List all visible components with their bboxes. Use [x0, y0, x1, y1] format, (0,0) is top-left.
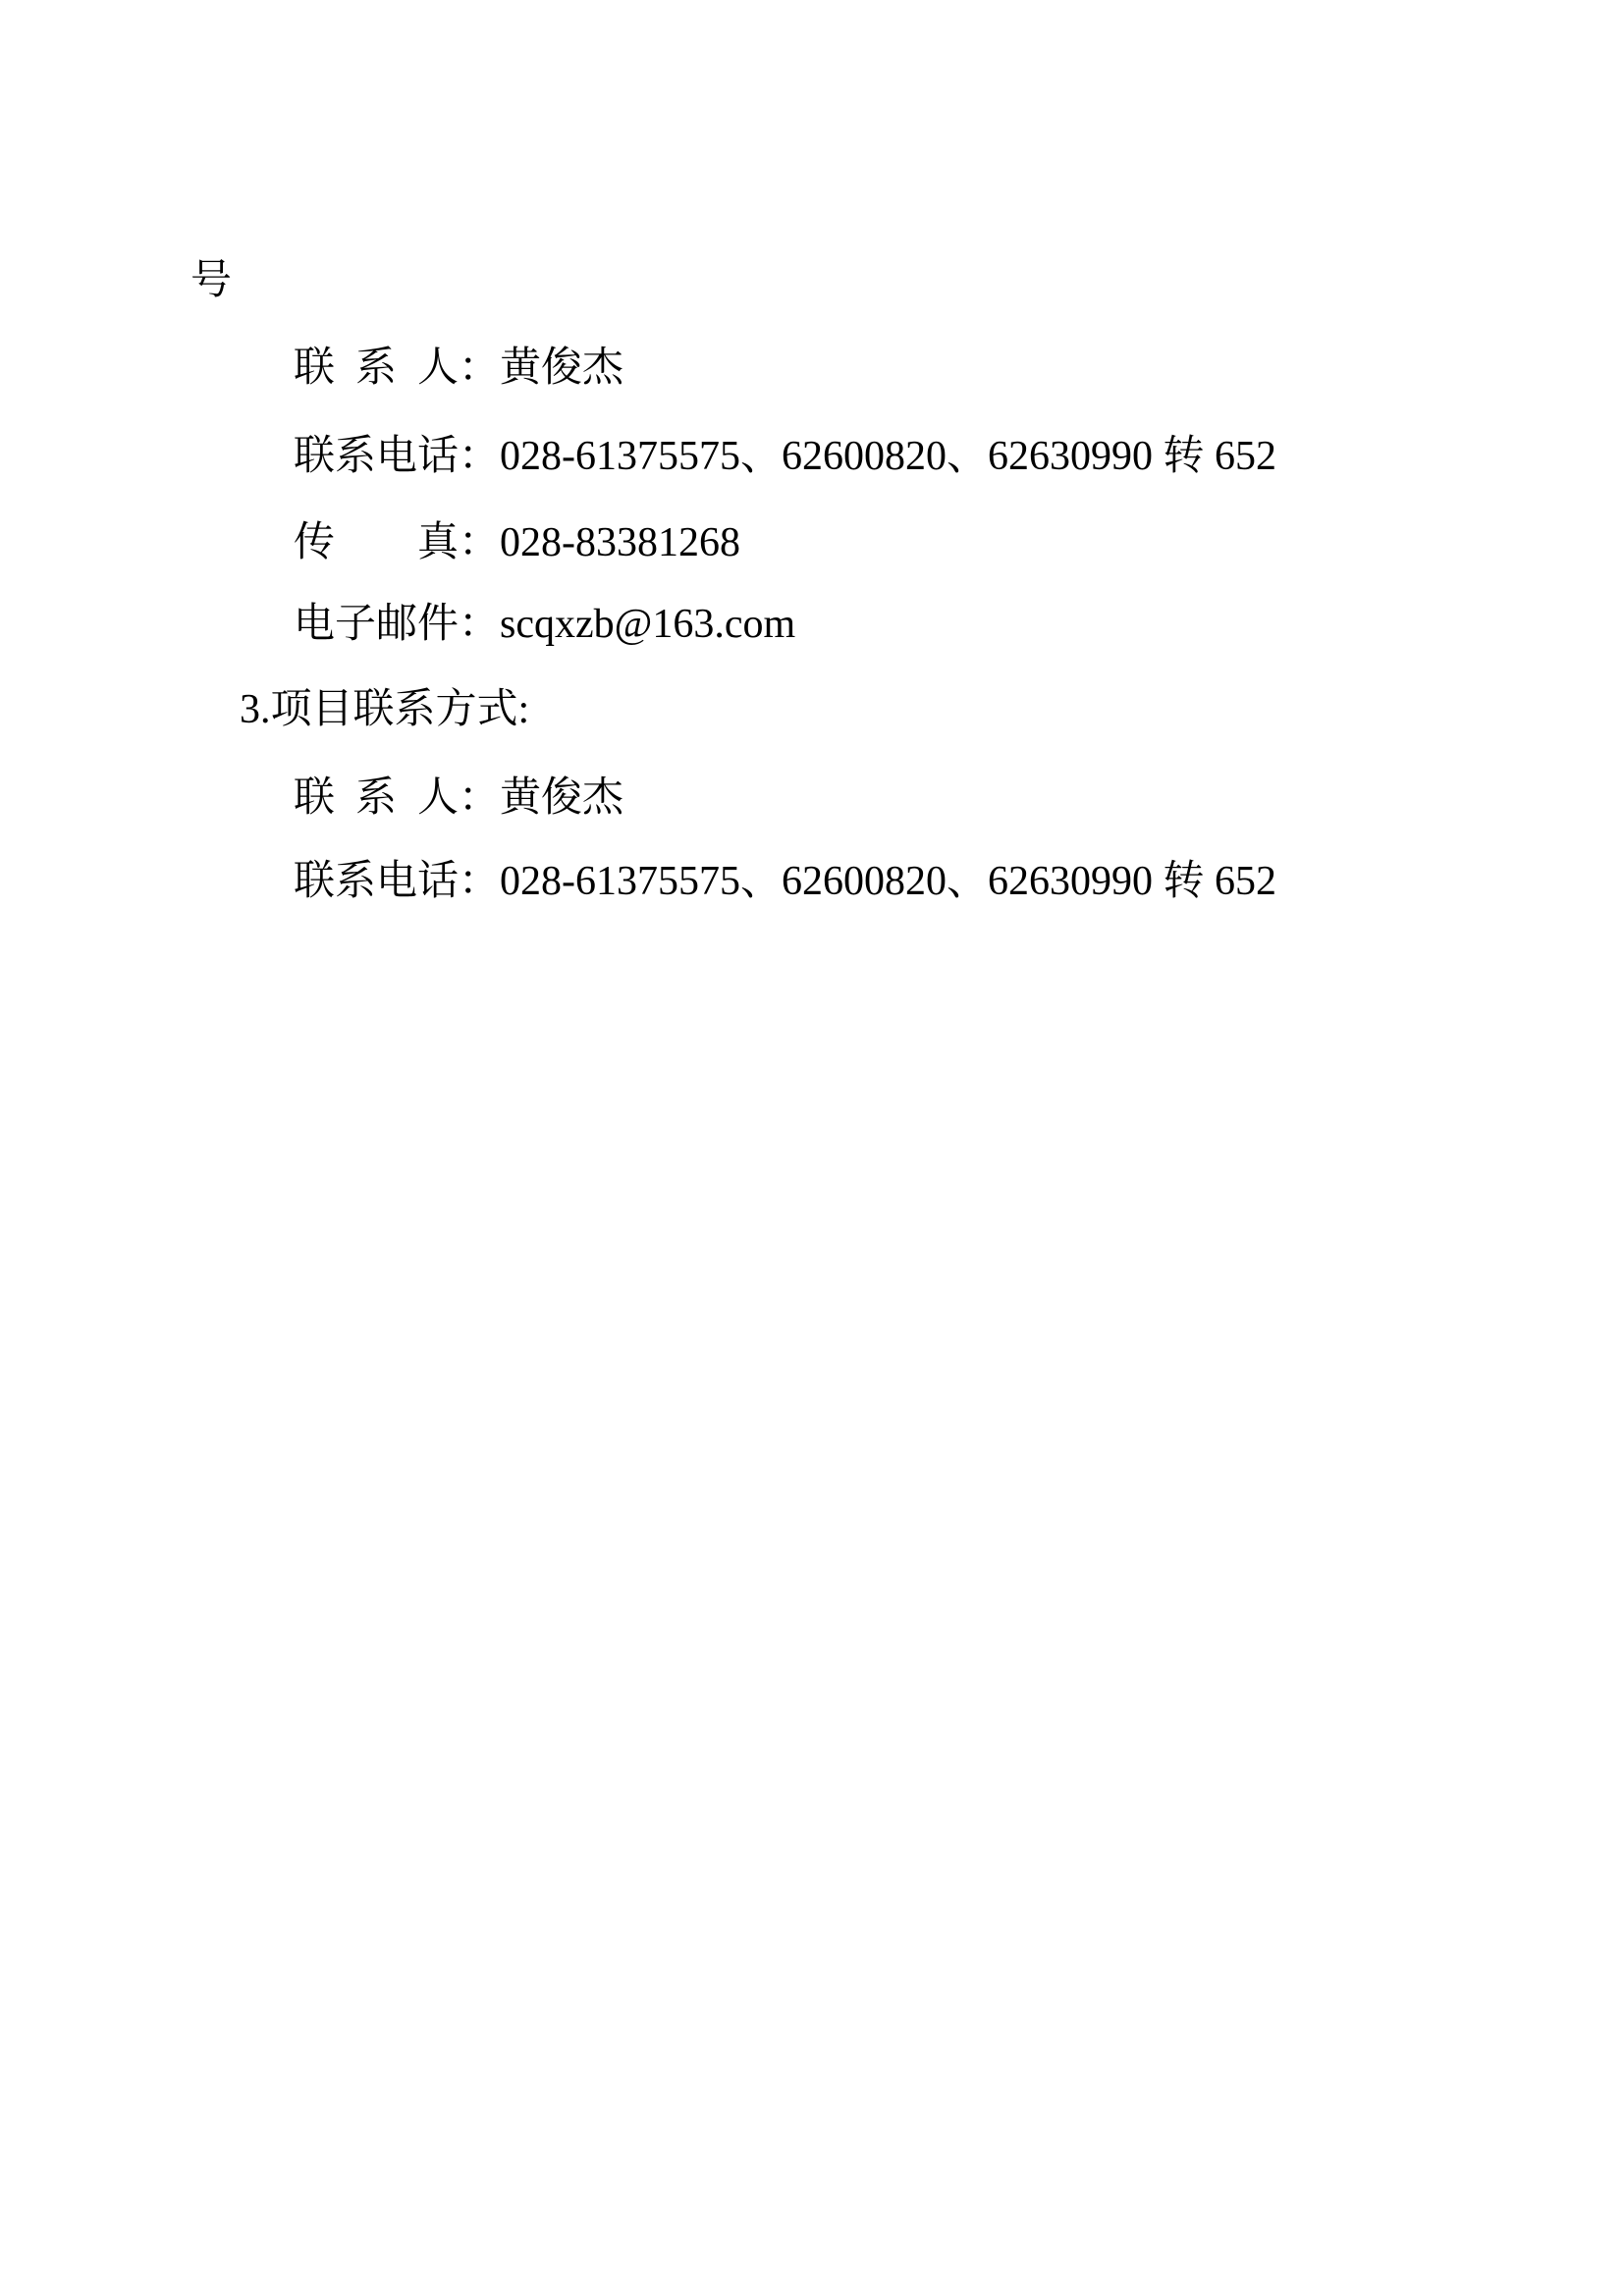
- email-value: scqxzb@163.com: [500, 602, 795, 647]
- contact-person-label: 联 系 人：: [294, 346, 500, 391]
- contact-phone-value: 028-61375575、62600820、62630990 转 652: [500, 859, 1276, 904]
- project-contact-phone-line: 联系电话：028-61375575、62600820、62630990 转 65…: [252, 811, 1276, 952]
- contact-phone-label: 联系电话：: [294, 859, 500, 904]
- section-heading-text: 3.项目联系方式:: [240, 687, 529, 732]
- document-page: 号 联 系 人：黄俊杰 联系电话：028-61375575、62600820、6…: [0, 0, 1624, 2296]
- overflow-line: 号: [149, 210, 232, 351]
- contact-person-value: 黄俊杰: [500, 346, 623, 391]
- overflow-char: 号: [190, 258, 232, 303]
